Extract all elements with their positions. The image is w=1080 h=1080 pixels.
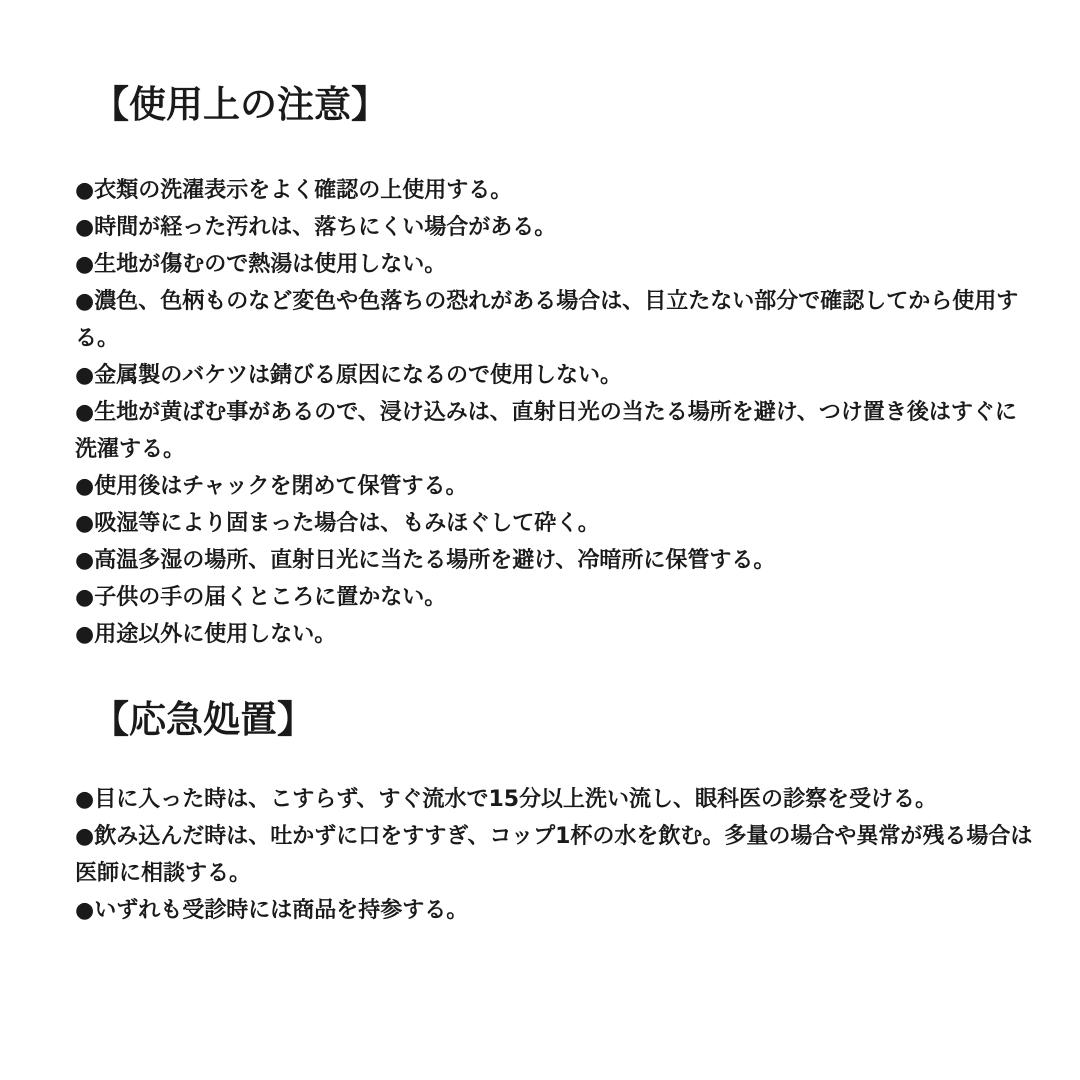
- section-title-usage-precautions: 【使用上の注意】: [92, 82, 388, 128]
- usage-precaution-item: ●濃色、色柄ものなど変色や色落ちの恐れがある場合は、目立たない部分で確認してから…: [75, 283, 1018, 357]
- usage-precaution-item: ●子供の手の届くところに置かない。: [75, 579, 1018, 616]
- usage-precautions-list: ●衣類の洗濯表示をよく確認の上使用する。 ●時間が経った汚れは、落ちにくい場合が…: [75, 172, 1018, 653]
- section-title-first-aid: 【応急処置】: [92, 697, 314, 743]
- usage-precaution-item: ●吸湿等により固まった場合は、もみほぐして砕く。: [75, 505, 1018, 542]
- usage-precaution-item: ●高温多湿の場所、直射日光に当たる場所を避け、冷暗所に保管する。: [75, 542, 1018, 579]
- usage-precaution-item: ●使用後はチャックを閉めて保管する。: [75, 468, 1018, 505]
- usage-precaution-item: ●時間が経った汚れは、落ちにくい場合がある。: [75, 209, 1018, 246]
- usage-precaution-item: ●金属製のバケツは錆びる原因になるので使用しない。: [75, 357, 1018, 394]
- first-aid-item: ●目に入った時は、こすらず、すぐ流水で15分以上洗い流し、眼科医の診察を受ける。: [75, 781, 1032, 818]
- first-aid-item: ●いずれも受診時には商品を持参する。: [75, 892, 1032, 929]
- usage-precaution-item: ●衣類の洗濯表示をよく確認の上使用する。: [75, 172, 1018, 209]
- usage-precaution-item: ●生地が黄ばむ事があるので、浸け込みは、直射日光の当たる場所を避け、つけ置き後は…: [75, 394, 1018, 468]
- usage-precaution-item: ●用途以外に使用しない。: [75, 616, 1018, 653]
- first-aid-item: ●飲み込んだ時は、吐かずに口をすすぎ、コップ1杯の水を飲む。多量の場合や異常が残…: [75, 818, 1032, 892]
- usage-precaution-item: ●生地が傷むので熱湯は使用しない。: [75, 246, 1018, 283]
- caution-label-page: 【使用上の注意】 ●衣類の洗濯表示をよく確認の上使用する。 ●時間が経った汚れは…: [0, 0, 1080, 1080]
- first-aid-list: ●目に入った時は、こすらず、すぐ流水で15分以上洗い流し、眼科医の診察を受ける。…: [75, 781, 1032, 929]
